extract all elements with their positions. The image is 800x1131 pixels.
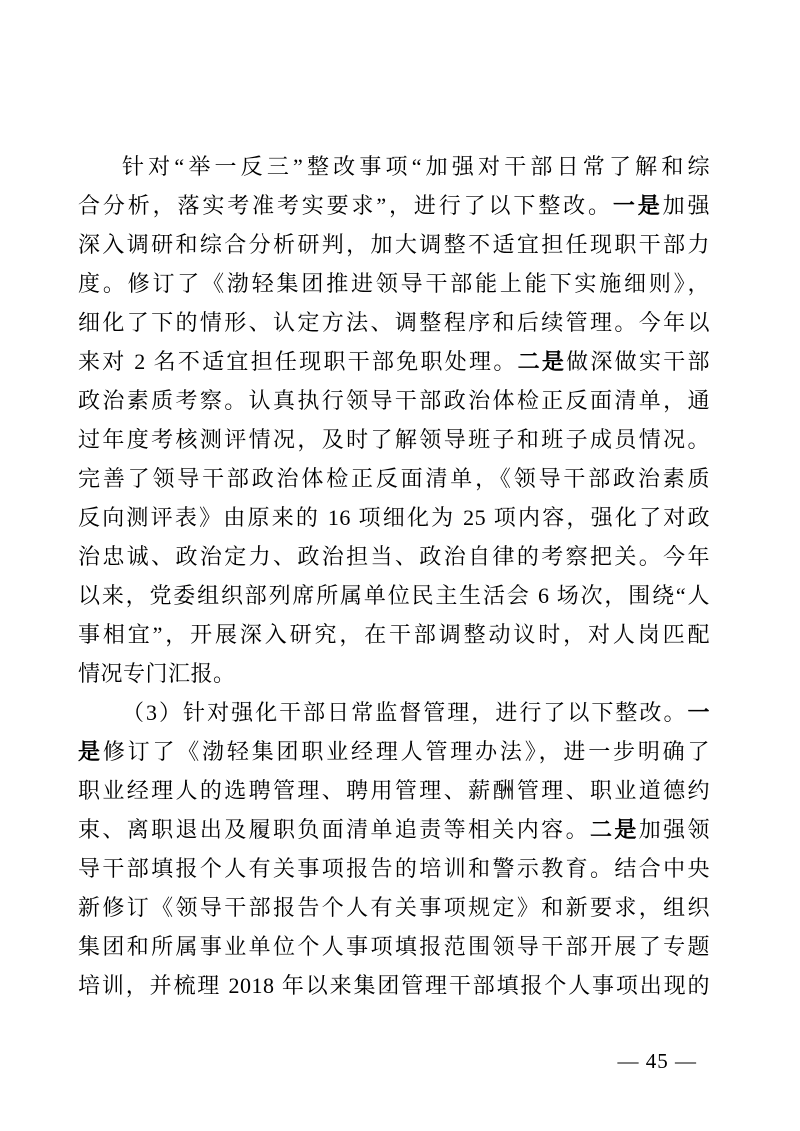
text-run: （3）针对强化干部日常监督管理，进行了以下整改。 (122, 700, 687, 725)
text-run: 职业经理人的选聘管理、聘用管理、薪酬管理、职业道德约 (78, 778, 710, 803)
page-footer: — 45 — (618, 1046, 698, 1076)
bold-text-run: 二是 (518, 349, 567, 374)
text-line: 完善了领导干部政治体检正反面清单，《领导干部政治素质 (78, 459, 710, 498)
bold-text-run: 一是 (613, 193, 663, 218)
bold-text-run: 一 (687, 700, 710, 725)
text-line: 治忠诚、政治定力、政治担当、政治自律的考察把关。今年 (78, 537, 710, 576)
text-run: 事相宜”，开展深入研究，在干部调整动议时，对人岗匹配 (78, 622, 710, 647)
text-run: 治忠诚、政治定力、政治担当、政治自律的考察把关。今年 (78, 544, 710, 569)
text-line: 束、离职退出及履职负面清单追责等相关内容。二是加强领 (78, 810, 710, 849)
document-body: 针对“举一反三”整改事项“加强对干部日常了解和综合分析，落实考准考实要求”，进行… (78, 147, 710, 1005)
text-run: 来对 2 名不适宜担任现职干部免职处理。 (78, 349, 518, 374)
text-line: 度。修订了《渤轻集团推进领导干部能上能下实施细则》， (78, 264, 710, 303)
text-run: 加强 (663, 193, 710, 218)
text-line: 是修订了《渤轻集团职业经理人管理办法》，进一步明确了 (78, 732, 710, 771)
text-run: 合分析，落实考准考实要求”，进行了以下整改。 (78, 193, 613, 218)
text-line: 合分析，落实考准考实要求”，进行了以下整改。一是加强 (78, 186, 710, 225)
text-run: 培训，并梳理 2018 年以来集团管理干部填报个人事项出现的 (78, 973, 710, 998)
document-page: 针对“举一反三”整改事项“加强对干部日常了解和综合分析，落实考准考实要求”，进行… (0, 0, 800, 1131)
bold-text-run: 是 (78, 739, 103, 764)
text-line: 集团和所属事业单位个人事项填报范围领导干部开展了专题 (78, 927, 710, 966)
text-line: 来对 2 名不适宜担任现职干部免职处理。二是做深做实干部 (78, 342, 710, 381)
text-line: 政治素质考察。认真执行领导干部政治体检正反面清单，通 (78, 381, 710, 420)
text-run: 加强领 (639, 817, 710, 842)
text-line: 导干部填报个人有关事项报告的培训和警示教育。结合中央 (78, 849, 710, 888)
text-run: 度。修订了《渤轻集团推进领导干部能上能下实施细则》， (78, 271, 710, 296)
text-run: 导干部填报个人有关事项报告的培训和警示教育。结合中央 (78, 856, 710, 881)
text-run: 过年度考核测评情况，及时了解领导班子和班子成员情况。 (78, 427, 710, 452)
text-run: 做深做实干部 (566, 349, 710, 374)
text-run: 新修订《领导干部报告个人有关事项规定》和新要求，组织 (78, 895, 710, 920)
text-run: 深入调研和综合分析研判，加大调整不适宜担任现职干部力 (78, 232, 710, 257)
text-run: 以来，党委组织部列席所属单位民主生活会 6 场次，围绕“人 (78, 583, 710, 608)
text-line: 培训，并梳理 2018 年以来集团管理干部填报个人事项出现的 (78, 966, 710, 1005)
text-run: 修订了《渤轻集团职业经理人管理办法》，进一步明确了 (103, 739, 710, 764)
page-number: — 45 — (618, 1049, 698, 1073)
text-run: 集团和所属事业单位个人事项填报范围领导干部开展了专题 (78, 934, 710, 959)
text-run: 细化了下的情形、认定方法、调整程序和后续管理。今年以 (78, 310, 710, 335)
bold-text-run: 二是 (590, 817, 639, 842)
text-line: 职业经理人的选聘管理、聘用管理、薪酬管理、职业道德约 (78, 771, 710, 810)
text-line: 针对“举一反三”整改事项“加强对干部日常了解和综 (78, 147, 710, 186)
text-line: 新修订《领导干部报告个人有关事项规定》和新要求，组织 (78, 888, 710, 927)
text-line: 深入调研和综合分析研判，加大调整不适宜担任现职干部力 (78, 225, 710, 264)
text-line: 以来，党委组织部列席所属单位民主生活会 6 场次，围绕“人 (78, 576, 710, 615)
text-run: 完善了领导干部政治体检正反面清单，《领导干部政治素质 (78, 466, 710, 491)
text-run: 反向测评表》由原来的 16 项细化为 25 项内容，强化了对政 (78, 505, 710, 530)
text-line: 反向测评表》由原来的 16 项细化为 25 项内容，强化了对政 (78, 498, 710, 537)
text-run: 政治素质考察。认真执行领导干部政治体检正反面清单，通 (78, 388, 710, 413)
text-run: 情况专门汇报。 (78, 661, 236, 686)
text-run: 针对“举一反三”整改事项“加强对干部日常了解和综 (122, 154, 710, 179)
text-line: 过年度考核测评情况，及时了解领导班子和班子成员情况。 (78, 420, 710, 459)
text-run: 束、离职退出及履职负面清单追责等相关内容。 (78, 817, 590, 842)
text-line: 情况专门汇报。 (78, 654, 710, 693)
text-line: 事相宜”，开展深入研究，在干部调整动议时，对人岗匹配 (78, 615, 710, 654)
text-line: 细化了下的情形、认定方法、调整程序和后续管理。今年以 (78, 303, 710, 342)
text-line: （3）针对强化干部日常监督管理，进行了以下整改。一 (78, 693, 710, 732)
